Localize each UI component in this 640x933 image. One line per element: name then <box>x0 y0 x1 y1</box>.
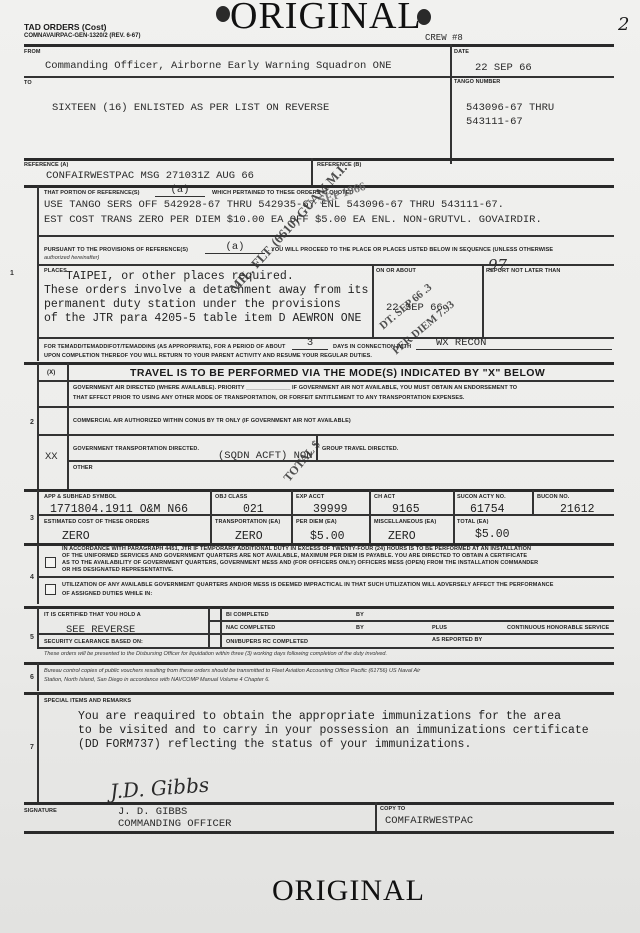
handwritten-signature: J.D. Gibbs <box>109 773 210 804</box>
on-or-about-label: ON OR ABOUT <box>376 268 416 274</box>
transportation-label: TRANSPORTATION (ea) <box>215 519 280 525</box>
clearance-label: SECURITY CLEARANCE BASED ON: <box>44 639 143 645</box>
gov-transport-label: GOVERNMENT TRANSPORTATION DIRECTED. <box>73 446 199 452</box>
para1-line-1: IN ACCORDANCE WITH PARAGRAPH 4451, JTR I… <box>62 546 531 552</box>
para2-line-1: UTILIZATION OF ANY AVAILABLE GOVERNMENT … <box>62 582 553 588</box>
gov-air-line-2: THAT EFFECT PRIOR TO USING ANY OTHER MOD… <box>73 395 465 401</box>
quote-line-1: USE TANGO SERS OFF 542928-67 THRU 542935… <box>44 199 504 211</box>
original-stamp-top: ORIGINAL <box>230 0 422 38</box>
commercial-air: COMMERCIAL AIR AUTHORIZED WITHIN CONUS B… <box>73 418 351 424</box>
punch-hole-right <box>417 9 431 25</box>
portion-label-pre: THAT PORTION OF REFERENCE(S) <box>44 190 140 196</box>
row-number-2: 2 <box>30 419 34 426</box>
misc-label: MISCELLANEOUS (ea) <box>374 519 436 525</box>
special-items-label: SPECIAL ITEMS AND REMARKS <box>44 698 131 704</box>
ch-act-label: CH ACT <box>374 494 395 500</box>
date-value: 22 SEP 66 <box>475 62 532 74</box>
places-line-2: These orders involve a detachment away f… <box>44 284 368 297</box>
transportation-value: ZERO <box>235 530 263 543</box>
portion-ref: (a) <box>155 184 205 197</box>
handwritten-97: 97 <box>488 256 507 274</box>
bureau-line-2: Station, North Island, San Diego in acco… <box>44 677 270 683</box>
row-number-7: 7 <box>30 744 34 751</box>
connection-value: WX RECON <box>416 337 612 350</box>
per-diem-label: PER DIEM (ea) <box>296 519 337 525</box>
tango-line1: 543096-67 THRU <box>466 102 554 114</box>
para1-line-3: AS TO THE AVAILABILITY OF GOVERNMENT QUA… <box>62 560 538 566</box>
row-number-1: 1 <box>10 270 14 277</box>
pursuant-label-pre: PURSUANT TO THE PROVISIONS OF REFERENCE(… <box>44 247 188 253</box>
reference-a-label: REFERENCE (a) <box>24 162 68 168</box>
bureau-line-1: Bureau control copies of public vouchers… <box>44 668 420 674</box>
oni-bupers-label: ONI/BUPERS RC COMPLETED <box>226 639 308 645</box>
bi-by-label: BY <box>356 612 364 618</box>
period-label-pre: FOR TEMADD/TEMADDIFOT/TEMADDINS (as appr… <box>44 344 285 350</box>
row-number-4: 4 <box>30 574 34 581</box>
gov-transport-mark: XX <box>45 451 58 463</box>
nac-completed-label: NAC COMPLETED <box>226 625 275 631</box>
travel-heading: TRAVEL IS TO BE PERFORMED VIA THE MODE(S… <box>130 367 545 379</box>
tango-label: TANGO NUMBER <box>454 79 500 85</box>
places-line-3: permanent duty station under the provisi… <box>44 298 341 311</box>
pursuant-label-post: . YOU WILL PROCEED TO THE PLACE OR PLACE… <box>268 247 553 253</box>
obj-class-label: OBJ CLASS <box>215 494 247 500</box>
reference-a-value: CONFAIRWESTPAC MSG 271031Z AUG 66 <box>46 170 254 182</box>
copy-to-value: COMFAIRWESTPAC <box>385 815 473 827</box>
para1-line-2: OF THE UNIFORMED SERVICES AND GOVERNMENT… <box>62 553 527 559</box>
signature-label: SIGNATURE <box>24 808 57 814</box>
signer-name: J. D. GIBBS <box>118 806 187 818</box>
disbursing-note: These orders will be presented to the Di… <box>44 651 387 657</box>
places-label: PLACES <box>44 268 67 274</box>
copy-to-label: COPY TO <box>380 806 405 812</box>
places-line-4: of the JTR para 4205-5 table item D AEWR… <box>44 312 361 325</box>
remarks-line-3: (DD FORM737) reflecting the status of yo… <box>78 738 471 751</box>
per-diem-value: $5.00 <box>310 530 345 543</box>
nac-by-label: BY <box>356 625 364 631</box>
from-value: Commanding Officer, Airborne Early Warni… <box>45 60 392 72</box>
total-label: TOTAL (ea) <box>457 519 489 525</box>
mode-col-label: (X) <box>47 370 55 376</box>
remarks-line-1: You are reaquired to obtain the appropri… <box>78 710 561 723</box>
group-travel-label: GROUP TRAVEL DIRECTED. <box>322 446 398 452</box>
est-cost-value: ZERO <box>62 530 90 543</box>
reported-by-label: AS REPORTED BY <box>432 637 482 643</box>
bucon-label: BUCON NO. <box>537 494 569 500</box>
tango-line2: 543111-67 <box>466 116 523 128</box>
crew-number: CREW #8 <box>425 33 463 43</box>
row-number-6: 6 <box>30 674 34 681</box>
signer-title: COMMANDING OFFICER <box>118 818 231 830</box>
punch-hole-left <box>216 6 230 22</box>
gov-air-line-1: GOVERNMENT AIR DIRECTED (Where Available… <box>73 385 517 391</box>
quarters-impractical-checkbox[interactable] <box>45 584 56 595</box>
form-number: COMNAVAIRPAC-GEN-1320/2 (REV. 6-67) <box>24 33 140 39</box>
return-text: UPON COMPLETION THEREOF YOU WILL RETURN … <box>44 353 372 359</box>
para1-line-4: OR HIS DESIGNATED REPRESENTATIVE. <box>62 567 173 573</box>
bi-completed-label: BI COMPLETED <box>226 612 269 618</box>
certified-label: IT IS CERTIFIED THAT YOU HOLD A <box>44 612 141 618</box>
original-stamp-bottom: ORIGINAL <box>272 874 425 908</box>
para2-line-2: OF ASSIGNED DUTIES WHILE IN: <box>62 591 152 597</box>
pursuant-note: authorized hereinafter) <box>44 255 99 261</box>
sucon-label: SUCON ACTY NO. <box>457 494 506 500</box>
from-label: FROM <box>24 49 41 55</box>
page-mark: 2 <box>618 14 629 35</box>
date-label: DATE <box>454 49 469 55</box>
est-cost-label: ESTIMATED COST OF THESE ORDERS <box>44 519 149 525</box>
quarters-certificate-checkbox[interactable] <box>45 557 56 568</box>
exp-acct-label: EXP ACCT <box>296 494 324 500</box>
document-page: ORIGINAL TAD ORDERS (Cost) COMNAVAIRPAC-… <box>0 0 640 933</box>
to-value: SIXTEEN (16) ENLISTED AS PER LIST ON REV… <box>52 102 329 114</box>
app-label: APP & SUBHEAD SYMBOL <box>44 494 117 500</box>
form-title: TAD ORDERS (Cost) <box>24 22 106 32</box>
total-value: $5.00 <box>475 528 510 541</box>
misc-value: ZERO <box>388 530 416 543</box>
period-days: 3 <box>292 337 328 350</box>
continuous-service-label: CONTINUOUS HONORABLE SERVICE <box>507 625 609 631</box>
nac-plus-label: PLUS <box>432 625 447 631</box>
row-number-5: 5 <box>30 634 34 641</box>
other-label: OTHER <box>73 465 93 471</box>
remarks-line-2: to be visited and to carry in your posse… <box>78 724 589 737</box>
row-number-3: 3 <box>30 515 34 522</box>
to-label: TO <box>24 80 32 86</box>
